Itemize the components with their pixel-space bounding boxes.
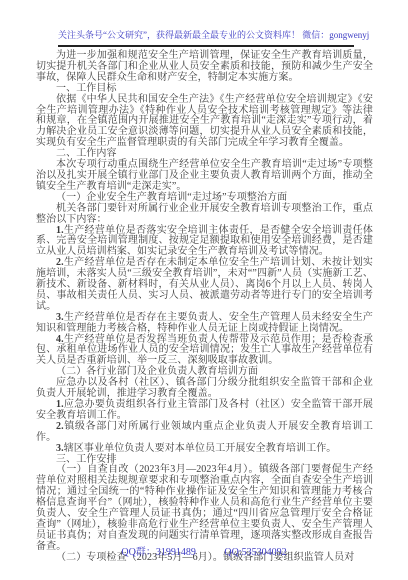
- paragraph: （一）自查自改（2023年3月—2023年4月）。镇级各部门要督促生产经营单位对…: [36, 465, 373, 552]
- qq-contact: QQ:535304092: [224, 547, 286, 558]
- paragraph: 机关各部门要针对所属行业企业开展安全教育培训专项整治工作，重点整治以下内容：: [36, 204, 373, 226]
- paragraph: 应急办以及各村（社区）、镇各部门分级分批组织安全监管干部和企业负责人开展轮训，推…: [36, 378, 373, 400]
- paragraph: 1.应急办要负责组织各行业主管部门及各村（社区）安全监管干部开展安全教育培训工作…: [36, 400, 373, 422]
- document-header: 关注头条号“公文研究”，获得最新最全最专业的公文资料库！ 微信：gongweny…: [58, 25, 354, 47]
- header-notice: 关注头条号“公文研究”，获得最新最全最专业的公文资料库！ 微信：gongweny…: [58, 30, 369, 40]
- paragraph: 2.镇级各部门对所属行业领域内重点企业负责人开展安全教育培训工作。: [36, 422, 373, 444]
- paragraph-number: 4.: [56, 334, 64, 345]
- document-page: 关注头条号“公文研究”，获得最新最全最专业的公文资料库！ 微信：gongweny…: [0, 0, 408, 580]
- paragraph-number: 1.: [56, 225, 64, 236]
- paragraph: 2.生产经营单位是否存在未制定本单位安全生产培训计划、未按计划实施培训，未落实人…: [36, 258, 373, 313]
- paragraph: 4.生产经营单位是否发挥当班负责人传帮带及示范员作用；是否检查承包、承租单位进场…: [36, 335, 373, 368]
- paragraph: 为进一步加强和规范安全生产培训管理，保证安全生产教育培训质量，切实提升机关各部门…: [36, 51, 373, 84]
- paragraph-number: 1.: [56, 399, 64, 410]
- paragraph-number: 2.: [56, 421, 64, 432]
- paragraph: 一、工作目标: [36, 84, 373, 95]
- paragraph: 3.生产经营单位是否存在主要负责人、安全生产管理人员未经安全生产知识和管理能力考…: [36, 313, 373, 335]
- document-footer: QQ群：31991489 QQ:535304092: [0, 547, 408, 559]
- document-body: 为进一步加强和规范安全生产培训管理，保证安全生产教育培训质量，切实提升机关各部门…: [36, 51, 373, 564]
- paragraph: 依据《中华人民共和国安全生产法》《生产经营单位安全培训规定》《安全生产培训管理办…: [36, 95, 373, 150]
- paragraph: 本次专项行动重点围绕生产经营单位安全生产教育培训“走过场”专项整治以及扎实开展全…: [36, 160, 373, 193]
- paragraph-number: 3.: [56, 312, 64, 323]
- paragraph-number: 2.: [56, 257, 64, 268]
- paragraph: 1.生产经营单位是否落实安全培训主体责任，是否健全安全培训责任体系、完善安全培训…: [36, 226, 373, 259]
- qq-group-contact: QQ群：31991489: [121, 547, 195, 558]
- paragraph: 3.辖区事业单位负责人要对本单位员工开展安全教育培训工作。: [36, 444, 373, 455]
- paragraph-number: 3.: [56, 443, 64, 454]
